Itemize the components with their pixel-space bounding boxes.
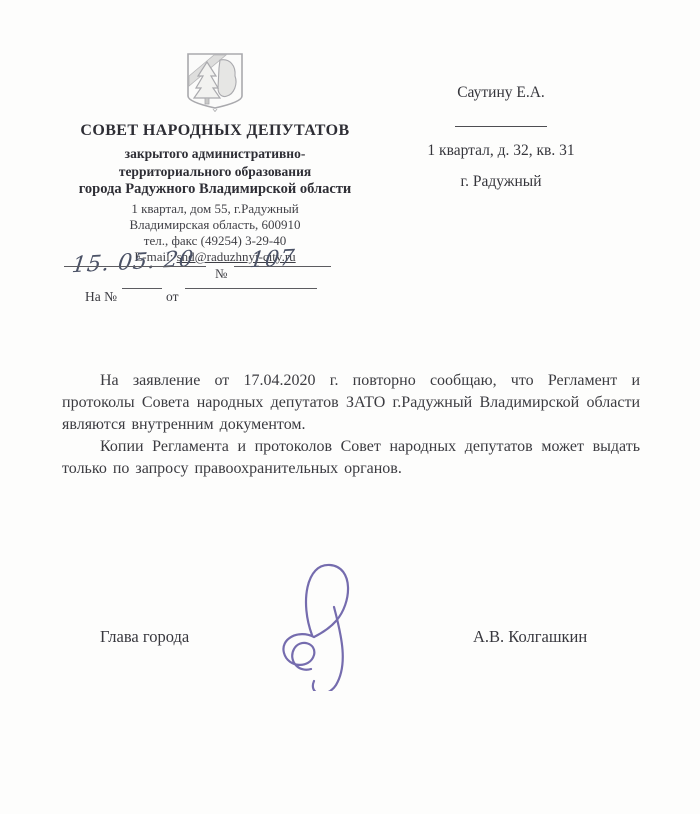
body-paragraph-1: На заявление от 17.04.2020 г. повторно с…: [62, 370, 640, 436]
number-sign: №: [215, 266, 227, 282]
signer-title: Глава города: [100, 627, 189, 647]
org-address-line2: Владимирская область, 600910: [48, 217, 382, 233]
org-subtitle-line2: территориального образования: [48, 163, 382, 181]
reply-date-blank-line: [185, 288, 317, 289]
addressee-name: Саутину Е.А.: [398, 84, 604, 102]
addressee-block: Саутину Е.А. 1 квартал, д. 32, кв. 31 г.…: [398, 84, 604, 191]
org-name: СОВЕТ НАРОДНЫХ ДЕПУТАТОВ: [48, 122, 382, 140]
handwritten-signature-icon: [256, 551, 364, 696]
handwritten-outgoing-number: 107: [248, 246, 296, 274]
coat-of-arms-icon: [180, 50, 250, 117]
letter-body: На заявление от 17.04.2020 г. повторно с…: [62, 370, 640, 480]
reply-from-label: от: [166, 289, 178, 305]
org-subtitle-line3: города Радужного Владимирской области: [48, 180, 382, 198]
addressee-divider: [455, 126, 547, 127]
letterhead: СОВЕТ НАРОДНЫХ ДЕПУТАТОВ закрытого админ…: [48, 50, 382, 265]
body-paragraph-2: Копии Регламента и протоколов Совет наро…: [62, 436, 640, 480]
org-address-line1: 1 квартал, дом 55, г.Радужный: [48, 201, 382, 217]
addressee-address: 1 квартал, д. 32, кв. 31: [398, 142, 604, 160]
date-underline: [64, 266, 206, 267]
handwritten-date: 15. 05. 20: [71, 247, 196, 279]
scanned-letter-page: СОВЕТ НАРОДНЫХ ДЕПУТАТОВ закрытого админ…: [0, 0, 700, 814]
org-subtitle-line1: закрытого административно-: [48, 145, 382, 163]
reply-number-blank-line: [122, 288, 162, 289]
signer-name: А.В. Колгашкин: [473, 627, 587, 647]
addressee-city: г. Радужный: [398, 173, 604, 191]
reply-reference-label: На №: [85, 289, 117, 305]
org-phone: тел., факс (49254) 3-29-40: [48, 233, 382, 249]
